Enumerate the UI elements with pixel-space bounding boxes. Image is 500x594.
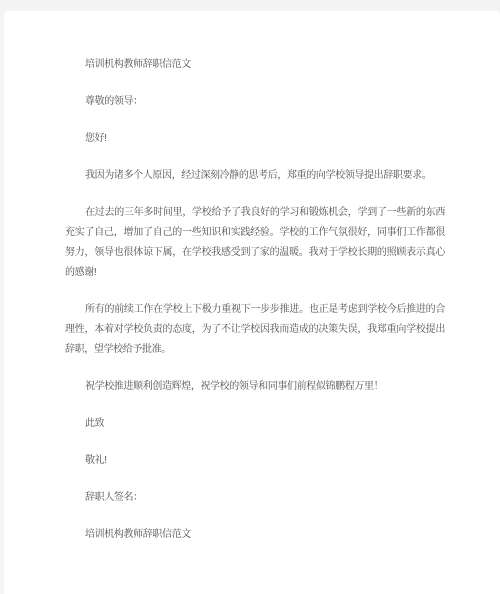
salute: 敬礼!: [65, 451, 445, 471]
footer-title: 培训机构教师辞职信范文: [65, 525, 445, 545]
resignation-letter-article: 培训机构教师辞职信范文 尊敬的领导： 您好! 我因为诸多个人原因，经过深刻冷静的…: [4, 11, 500, 545]
body-paragraph: 祝学校推进顺利创造辉煌，祝学校的领导和同事们前程似锦鹏程万里！: [65, 377, 445, 397]
closing: 此致: [65, 414, 445, 434]
body-paragraph: 我因为诸多个人原因，经过深刻冷静的思考后，郑重的向学校领导提出辞职要求。: [65, 166, 445, 186]
greeting: 您好!: [65, 129, 445, 149]
signature-label: 辞职人签名：: [65, 488, 445, 508]
document-title: 培训机构教师辞职信范文: [65, 55, 445, 75]
page-background: { "colors": { "page_background": "#f4f4f…: [0, 0, 500, 594]
body-paragraph: 所有的前续工作在学校上下极力重视下一步步推进。也正是考虑到学校今后推进的合理性，…: [65, 300, 445, 360]
body-paragraph: 在过去的三年多时间里，学校给予了我良好的学习和锻炼机会，学到了一些新的东西充实了…: [65, 203, 445, 283]
document-panel: 培训机构教师辞职信范文 尊敬的领导： 您好! 我因为诸多个人原因，经过深刻冷静的…: [4, 11, 500, 594]
salutation: 尊敬的领导：: [65, 92, 445, 112]
